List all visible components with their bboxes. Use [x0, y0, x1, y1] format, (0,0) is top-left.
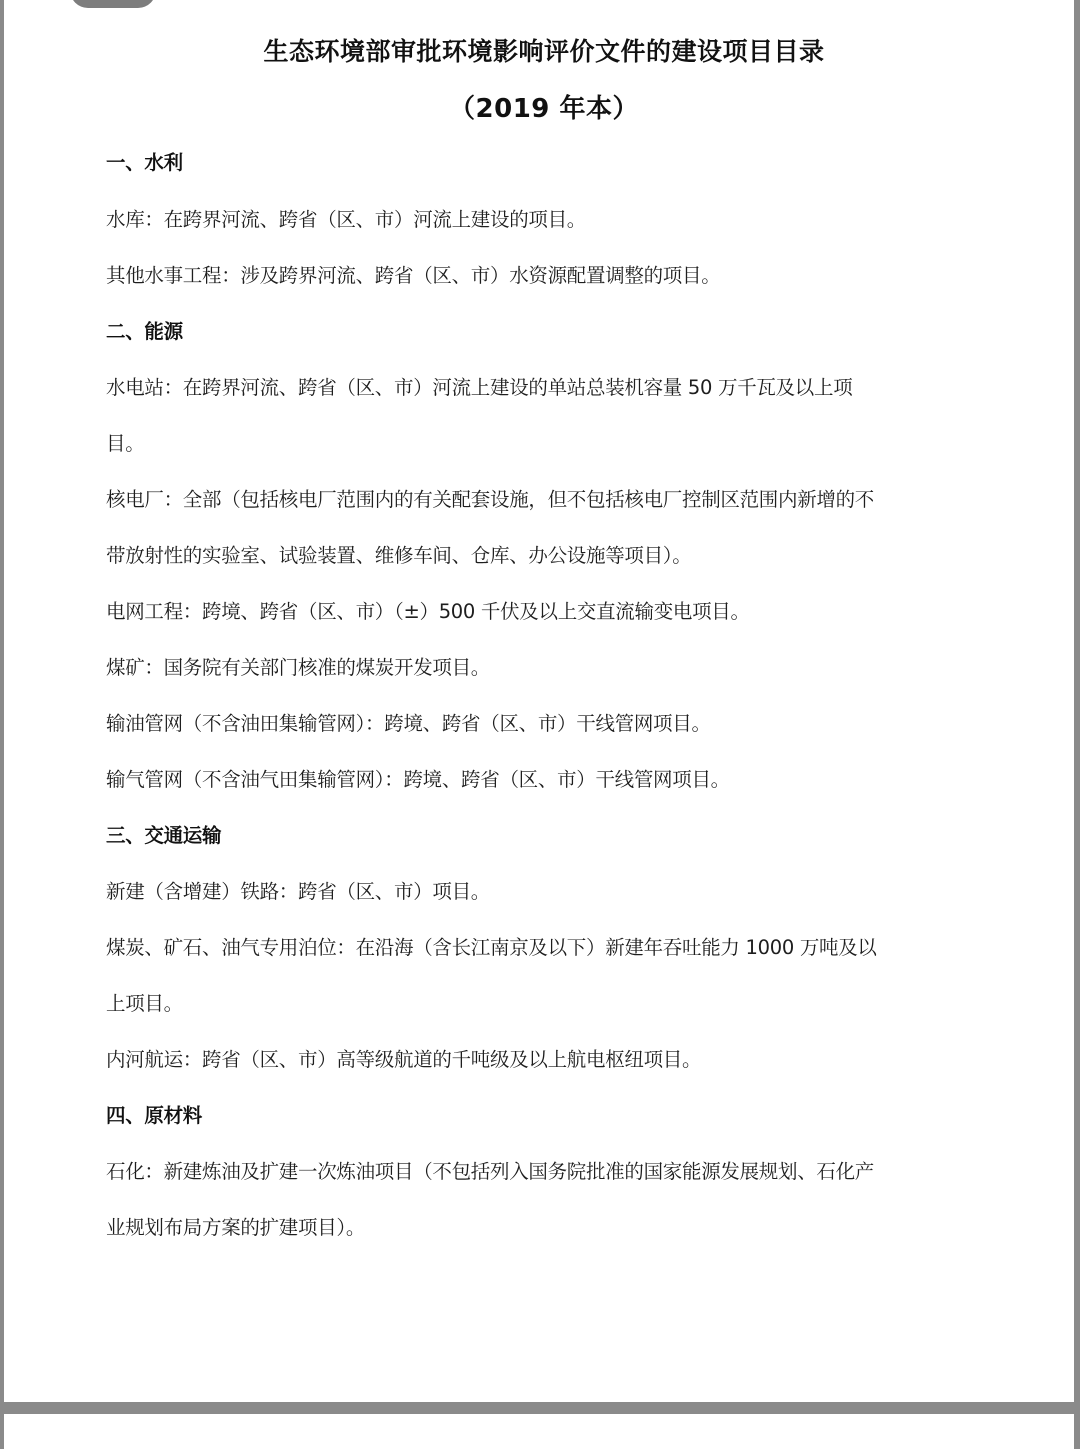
list-item: 电网工程：跨境、跨省（区、市）（±）500 千伏及以上交直流输变电项目。	[106, 596, 750, 624]
section-heading: 二、能源	[106, 316, 183, 344]
list-item: 煤炭、矿石、油气专用泊位：在沿海（含长江南京及以下）新建年吞吐能力 1000 万…	[106, 932, 877, 960]
list-item: 带放射性的实验室、试验装置、维修车间、仓库、办公设施等项目）。	[106, 540, 691, 568]
list-item: 其他水事工程：涉及跨界河流、跨省（区、市）水资源配置调整的项目。	[106, 260, 720, 288]
list-item: 目。	[106, 428, 144, 456]
list-item: 内河航运：跨省（区、市）高等级航道的千吨级及以上航电枢纽项目。	[106, 1044, 701, 1072]
list-item: 水电站：在跨界河流、跨省（区、市）河流上建设的单站总装机容量 50 万千瓦及以上…	[106, 372, 852, 400]
section-heading: 一、水利	[106, 147, 183, 175]
list-item: 石化：新建炼油及扩建一次炼油项目（不包括列入国务院批准的国家能源发展规划、石化产	[106, 1156, 874, 1184]
list-item: 输油管网（不含油田集输管网）：跨境、跨省（区、市）干线管网项目。	[106, 708, 711, 736]
list-item: 煤矿：国务院有关部门核准的煤炭开发项目。	[106, 652, 490, 680]
section-heading: 四、原材料	[106, 1100, 202, 1128]
list-item: 水库：在跨界河流、跨省（区、市）河流上建设的项目。	[106, 204, 586, 232]
list-item: 输气管网（不含油气田集输管网）：跨境、跨省（区、市）干线管网项目。	[106, 764, 730, 792]
section-heading: 三、交通运输	[106, 820, 221, 848]
document-subtitle: （2019 年本）	[4, 88, 1080, 125]
list-item: 新建（含增建）铁路：跨省（区、市）项目。	[106, 876, 490, 904]
top-handle[interactable]	[70, 0, 156, 8]
document-title: 生态环境部审批环境影响评价文件的建设项目目录	[4, 32, 1080, 68]
document-page: 生态环境部审批环境影响评价文件的建设项目目录 （2019 年本） 一、水利 水库…	[4, 0, 1074, 1402]
list-item: 业规划布局方案的扩建项目）。	[106, 1212, 365, 1240]
next-page	[4, 1414, 1074, 1449]
list-item: 上项目。	[106, 988, 183, 1016]
list-item: 核电厂：全部（包括核电厂范围内的有关配套设施，但不包括核电厂控制区范围内新增的不	[106, 484, 874, 512]
